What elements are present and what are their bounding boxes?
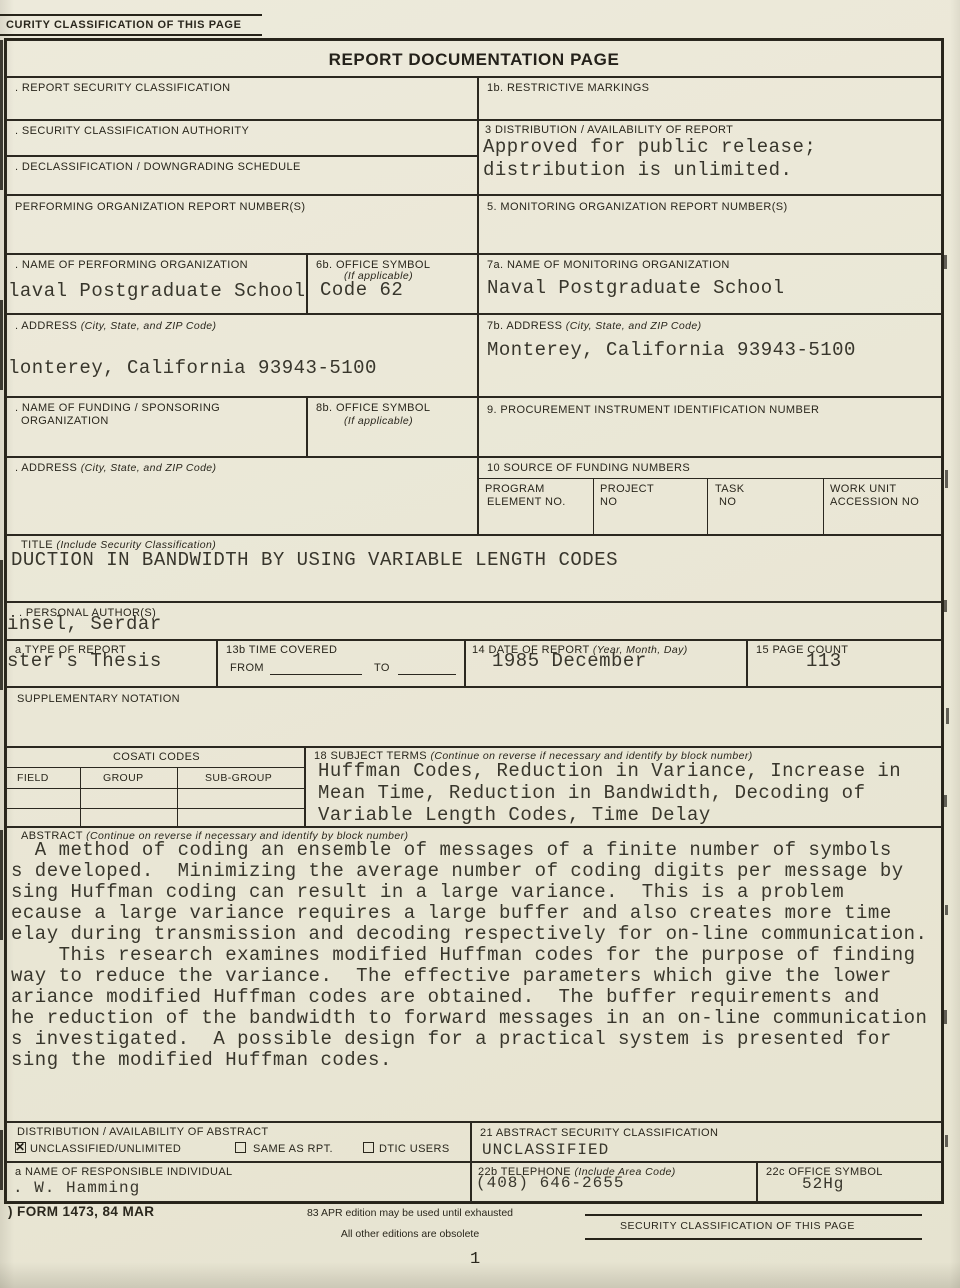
scan-edge-artifact: [0, 830, 3, 940]
field-1a-report-security-classification: . REPORT SECURITY CLASSIFICATION: [6, 77, 478, 120]
field-13a-value: ster's Thesis: [7, 650, 162, 672]
field-22b-telephone: 22b TELEPHONE (Include Area Code) (408) …: [471, 1162, 757, 1202]
field-3-value-line-1: Approved for public release;: [483, 136, 816, 158]
field-2a-security-classification-authority: . SECURITY CLASSIFICATION AUTHORITY: [6, 120, 478, 156]
cosati-divider-3: [7, 808, 304, 809]
field-6c-value: lonterey, California 93943-5100: [8, 357, 377, 379]
option-unclassified-unlimited-label: UNCLASSIFIED/UNLIMITED: [30, 1143, 181, 1155]
field-6a-performing-organization: . NAME OF PERFORMING ORGANIZATION laval …: [6, 254, 307, 314]
field-22a-label: a NAME OF RESPONSIBLE INDIVIDUAL: [15, 1166, 233, 1178]
scan-edge-artifact: [0, 560, 3, 690]
field-17-cosati-codes: COSATI CODES FIELD GROUP SUB-GROUP: [6, 747, 305, 827]
field-7b-label-main: 7b. ADDRESS: [487, 320, 562, 332]
checkbox-dtic-users: [363, 1142, 374, 1153]
cosati-field-header: FIELD: [17, 772, 49, 784]
field-16-supplementary-notation: SUPPLEMENTARY NOTATION: [6, 687, 942, 747]
field-15-value: 113: [806, 650, 842, 672]
field-22a-value: . W. Hamming: [13, 1179, 140, 1197]
field-2a-label: . SECURITY CLASSIFICATION AUTHORITY: [15, 125, 249, 137]
field-22b-value: (408) 646-2655: [476, 1174, 624, 1192]
field-8b-office-symbol: 8b. OFFICE SYMBOL (If applicable): [307, 397, 478, 457]
field-6a-label: . NAME OF PERFORMING ORGANIZATION: [15, 259, 248, 271]
field-9-procurement-instrument: 9. PROCUREMENT INSTRUMENT IDENTIFICATION…: [478, 397, 942, 457]
field-10-source-of-funding: 10 SOURCE OF FUNDING NUMBERS PROGRAM ELE…: [478, 457, 942, 535]
abstract-line: way to reduce the variance. The effectiv…: [11, 965, 892, 987]
cosati-group-header: GROUP: [103, 772, 144, 784]
to-underline: [398, 673, 456, 675]
field-8c-label: . ADDRESS (City, State, and ZIP Code): [15, 462, 216, 474]
field-6c-label-paren: (City, State, and ZIP Code): [81, 320, 217, 332]
scan-speck: [944, 1010, 947, 1024]
subject-terms-line-2: Mean Time, Reduction in Bandwidth, Decod…: [318, 782, 866, 804]
scan-speck: [944, 600, 947, 612]
field-21-label: 21 ABSTRACT SECURITY CLASSIFICATION: [480, 1127, 718, 1139]
field-7b-address: 7b. ADDRESS (City, State, and ZIP Code) …: [478, 314, 942, 397]
subject-terms-line-1: Huffman Codes, Reduction in Variance, In…: [318, 760, 901, 782]
top-security-classification-label: CURITY CLASSIFICATION OF THIS PAGE: [0, 14, 262, 36]
field-19-abstract: ABSTRACT (Continue on reverse if necessa…: [6, 827, 942, 1122]
field-12-personal-authors: . PERSONAL AUTHOR(S) insel, Serdar: [6, 602, 942, 640]
funding-col-2-header-2: NO: [600, 496, 617, 508]
funding-table-divider: [479, 478, 941, 479]
field-7a-label: 7a. NAME OF MONITORING ORGANIZATION: [487, 259, 730, 271]
option-dtic-users-label: DTIC USERS: [379, 1143, 450, 1155]
abstract-line: s developed. Minimizing the average numb…: [11, 860, 904, 882]
field-1a-label: . REPORT SECURITY CLASSIFICATION: [15, 82, 231, 94]
field-2b-declassification-schedule: . DECLASSIFICATION / DOWNGRADING SCHEDUL…: [6, 156, 478, 195]
scan-speck: [945, 470, 948, 488]
field-3-value-line-2: distribution is unlimited.: [483, 159, 792, 181]
field-8a-funding-sponsoring-org: . NAME OF FUNDING / SPONSORING ORGANIZAT…: [6, 397, 307, 457]
checkbox-unclassified-unlimited: ✕: [15, 1142, 26, 1153]
report-documentation-form: REPORT DOCUMENTATION PAGE . REPORT SECUR…: [4, 38, 944, 1204]
funding-col-4-header-2: ACCESSION NO: [830, 496, 919, 508]
field-15-page-count: 15 PAGE COUNT 113: [747, 640, 942, 687]
funding-col-divider-2: [707, 478, 708, 534]
checkbox-x-mark: ✕: [15, 1140, 25, 1154]
field-13b-from-label: FROM: [230, 662, 264, 674]
field-6b-office-symbol: 6b. OFFICE SYMBOL (If applicable) Code 6…: [307, 254, 478, 314]
footer-note-1: 83 APR edition may be used until exhaust…: [250, 1207, 570, 1219]
abstract-line: sing Huffman coding can result in a larg…: [11, 881, 844, 903]
field-7b-label-paren: (City, State, and ZIP Code): [566, 320, 702, 332]
scan-edge-artifact: [0, 300, 3, 390]
field-12-value: insel, Serdar: [7, 613, 162, 635]
field-6b-value: Code 62: [320, 279, 403, 301]
field-5-label: 5. MONITORING ORGANIZATION REPORT NUMBER…: [487, 201, 788, 213]
scan-speck: [945, 1135, 948, 1147]
abstract-line: elay during transmission and decoding re…: [11, 923, 927, 945]
scan-speck: [945, 905, 948, 915]
field-1b-label: 1b. RESTRICTIVE MARKINGS: [487, 82, 649, 94]
field-6c-address: . ADDRESS (City, State, and ZIP Code) lo…: [6, 314, 478, 397]
scan-edge-artifact: [0, 40, 3, 190]
field-22c-office-symbol: 22c OFFICE SYMBOL 52Hg: [757, 1162, 942, 1202]
field-17-label: COSATI CODES: [7, 751, 306, 763]
abstract-line: ecause a large variance requires a large…: [11, 902, 892, 924]
field-8c-address: . ADDRESS (City, State, and ZIP Code): [6, 457, 478, 535]
field-7a-monitoring-organization: 7a. NAME OF MONITORING ORGANIZATION Nava…: [478, 254, 942, 314]
field-6c-label-main: . ADDRESS: [15, 320, 77, 332]
cosati-divider-2: [7, 788, 304, 789]
field-16-label: SUPPLEMENTARY NOTATION: [17, 693, 180, 705]
field-7a-value: Naval Postgraduate School: [487, 277, 785, 299]
field-21-value: UNCLASSIFIED: [482, 1141, 609, 1159]
field-1b-restrictive-markings: 1b. RESTRICTIVE MARKINGS: [478, 77, 942, 120]
field-10-label: 10 SOURCE OF FUNDING NUMBERS: [487, 462, 690, 474]
field-20-label: DISTRIBUTION / AVAILABILITY OF ABSTRACT: [17, 1126, 269, 1138]
field-13b-time-covered: 13b TIME COVERED FROM TO: [217, 640, 465, 687]
funding-col-1-header-1: PROGRAM: [485, 483, 545, 495]
field-8b-label: 8b. OFFICE SYMBOL: [316, 402, 430, 414]
field-9-label: 9. PROCUREMENT INSTRUMENT IDENTIFICATION…: [487, 404, 819, 416]
abstract-line: s investigated. A possible design for a …: [11, 1028, 892, 1050]
field-8c-label-paren: (City, State, and ZIP Code): [81, 462, 217, 474]
field-20-distribution-of-abstract: DISTRIBUTION / AVAILABILITY OF ABSTRACT …: [6, 1122, 471, 1162]
abstract-line: ariance modified Huffman codes are obtai…: [11, 986, 880, 1008]
scan-edge-artifact: [0, 1130, 3, 1190]
field-7b-value: Monterey, California 93943-5100: [487, 339, 856, 361]
cosati-subgroup-header: SUB-GROUP: [205, 772, 272, 784]
field-3-label: 3 DISTRIBUTION / AVAILABILITY OF REPORT: [485, 124, 733, 136]
footer-note-2: All other editions are obsolete: [250, 1228, 570, 1240]
abstract-line: sing the modified Huffman codes.: [11, 1049, 392, 1071]
field-8b-sublabel: (If applicable): [344, 415, 413, 427]
scan-speck: [944, 795, 947, 807]
scan-speck: [946, 708, 949, 724]
cosati-col-divider-1: [80, 767, 81, 826]
from-underline: [270, 673, 362, 675]
field-2b-label: . DECLASSIFICATION / DOWNGRADING SCHEDUL…: [15, 161, 301, 173]
field-22c-value: 52Hg: [802, 1175, 844, 1193]
field-3-distribution-availability: 3 DISTRIBUTION / AVAILABILITY OF REPORT …: [478, 120, 942, 195]
field-6c-label: . ADDRESS (City, State, and ZIP Code): [15, 320, 216, 332]
abstract-line: A method of coding an ensemble of messag…: [11, 839, 892, 861]
field-14-date-of-report: 14 DATE OF REPORT (Year, Month, Day) 198…: [465, 640, 747, 687]
page-number: 1: [470, 1250, 480, 1269]
field-7b-label: 7b. ADDRESS (City, State, and ZIP Code): [487, 320, 701, 332]
abstract-line: he reduction of the bandwidth to forward…: [11, 1007, 927, 1029]
field-11-title: TITLE (Include Security Classification) …: [6, 535, 942, 602]
subject-terms-line-3: Variable Length Codes, Time Delay: [318, 804, 711, 826]
funding-col-3-header-2: NO: [719, 496, 736, 508]
field-4-performing-org-report-numbers: PERFORMING ORGANIZATION REPORT NUMBER(S): [6, 195, 478, 254]
form-title: REPORT DOCUMENTATION PAGE: [6, 40, 942, 77]
field-18-subject-terms: 18 SUBJECT TERMS (Continue on reverse if…: [305, 747, 942, 827]
funding-col-divider-1: [593, 478, 594, 534]
field-21-abstract-security-classification: 21 ABSTRACT SECURITY CLASSIFICATION UNCL…: [471, 1122, 942, 1162]
funding-col-divider-3: [823, 478, 824, 534]
field-13b-to-label: TO: [374, 662, 390, 674]
field-22a-responsible-individual: a NAME OF RESPONSIBLE INDIVIDUAL . W. Ha…: [6, 1162, 471, 1202]
scan-speck: [944, 255, 947, 269]
field-8a-label-line-2: ORGANIZATION: [21, 415, 109, 427]
funding-col-3-header-1: TASK: [715, 483, 745, 495]
field-13a-type-of-report: a TYPE OF REPORT ster's Thesis: [6, 640, 217, 687]
footer-security-classification: SECURITY CLASSIFICATION OF THIS PAGE: [585, 1214, 922, 1240]
field-8a-label-line-1: . NAME OF FUNDING / SPONSORING: [15, 402, 220, 414]
field-8c-label-main: . ADDRESS: [15, 462, 77, 474]
field-6a-value: laval Postgraduate School: [8, 280, 306, 302]
field-13b-label: 13b TIME COVERED: [226, 644, 337, 656]
checkbox-same-as-rpt: [235, 1142, 246, 1153]
funding-col-1-header-2: ELEMENT NO.: [487, 496, 566, 508]
field-11-value: DUCTION IN BANDWIDTH BY USING VARIABLE L…: [11, 549, 618, 571]
field-5-monitoring-org-report-numbers: 5. MONITORING ORGANIZATION REPORT NUMBER…: [478, 195, 942, 254]
cosati-col-divider-2: [177, 767, 178, 826]
field-4-label: PERFORMING ORGANIZATION REPORT NUMBER(S): [15, 201, 305, 213]
abstract-line: This research examines modified Huffman …: [11, 944, 916, 966]
form-id: ) FORM 1473, 84 MAR: [8, 1204, 154, 1219]
funding-col-2-header-1: PROJECT: [600, 483, 654, 495]
field-14-value: 1985 December: [492, 650, 647, 672]
funding-col-4-header-1: WORK UNIT: [830, 483, 897, 495]
option-same-as-rpt-label: SAME AS RPT.: [253, 1143, 333, 1155]
cosati-divider-1: [7, 767, 304, 768]
